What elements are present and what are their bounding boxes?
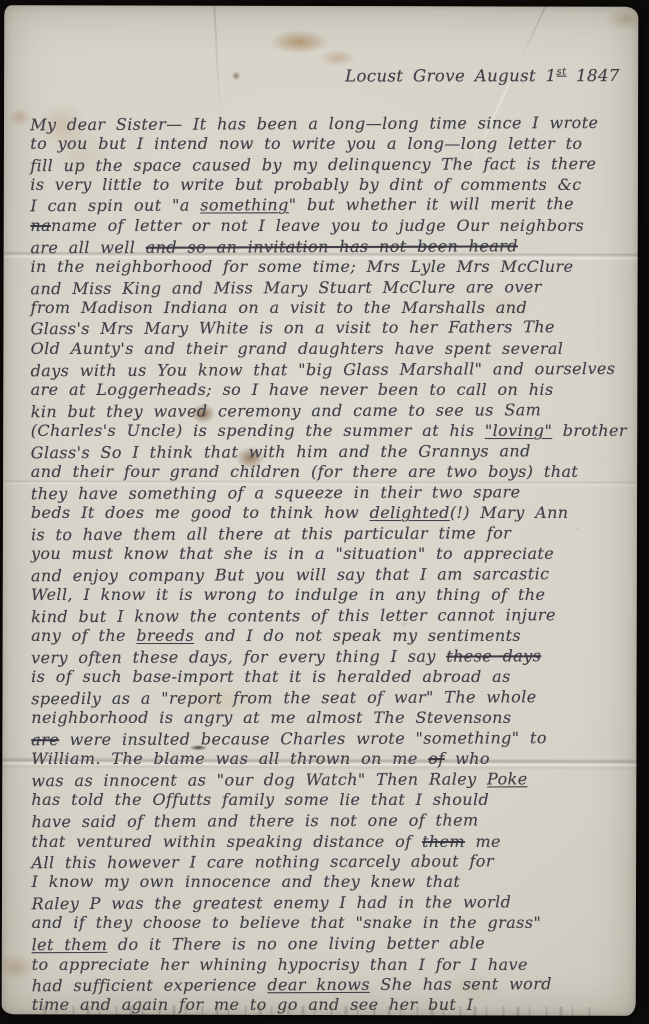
letter-paper: Locust Grove August 1st 1847 My dear Sis… xyxy=(2,5,639,1016)
text-segment: them xyxy=(422,832,465,851)
letter-line: I can spin out "a something" but whether… xyxy=(30,194,634,217)
letter-line: and Miss King and Miss Mary Stuart McClu… xyxy=(30,277,634,300)
text-segment: kin but they waved ceremony and came to … xyxy=(31,400,542,421)
letter-line: Raley P was the greatest enemy I had in … xyxy=(32,892,636,915)
text-segment: and enjoy company But you will say that … xyxy=(31,564,550,585)
dateline: Locust Grove August 1st 1847 xyxy=(345,62,634,88)
text-segment: who xyxy=(445,749,490,768)
text-segment: dear knows xyxy=(267,975,370,994)
text-segment: Poke xyxy=(487,769,528,788)
text-segment: are all well xyxy=(30,237,145,256)
letter-line: kin but they waved ceremony and came to … xyxy=(31,400,635,423)
text-segment: any of the xyxy=(31,626,136,645)
letter-line: has told the Offutts family some lie tha… xyxy=(31,790,635,810)
text-segment: fill up the space caused by my delinquen… xyxy=(30,154,596,175)
text-segment: brother xyxy=(552,421,627,440)
text-segment: of xyxy=(428,749,444,768)
letter-line: kind but I know the contents of this let… xyxy=(31,605,635,628)
letter-line: from Madison Indiana on a visit to the M… xyxy=(31,298,635,318)
text-segment: is of such base-import that it is herald… xyxy=(31,667,511,686)
text-segment: and Miss King and Miss Mary Stuart McClu… xyxy=(30,277,541,298)
text-segment: to appreciate her whining hypocrisy than… xyxy=(32,955,528,974)
text-segment: "loving" xyxy=(485,421,552,440)
letter-line: (Charles's Uncle) is spending the summer… xyxy=(31,421,635,441)
letter-line: time and again for me to go and see her … xyxy=(32,995,636,1015)
letter-line: days with us You know that "big Glass Ma… xyxy=(31,358,635,381)
text-segment: something xyxy=(200,196,289,215)
text-segment: Old Aunty's and their grand daughters ha… xyxy=(31,339,564,358)
text-segment: have said of them and there is not one o… xyxy=(31,810,478,831)
letter-line: William. The blame was all thrown on me … xyxy=(31,749,635,769)
letter-line: fill up the space caused by my delinquen… xyxy=(30,154,634,177)
letter-line: you must know that she is in a "situatio… xyxy=(31,544,635,564)
letter-line: are were insulted because Charles wrote … xyxy=(31,728,635,751)
text-segment: (!) Mary Ann xyxy=(450,503,569,522)
text-segment: had sufficient experience xyxy=(32,975,268,995)
text-segment: that ventured within speaking distance o… xyxy=(31,832,422,851)
text-segment: are at Loggerheads; so I have never been… xyxy=(31,380,554,399)
text-segment: speedily as a "report from the seat of w… xyxy=(31,687,536,708)
text-segment: you must know that she is in a "situatio… xyxy=(31,544,554,563)
text-segment: She has sent word xyxy=(370,974,552,994)
text-segment: I know my own innocence and they knew th… xyxy=(32,872,461,891)
letter-line: Glass's Mrs Mary White is on a visit to … xyxy=(31,317,635,340)
text-segment: Raley P was the greatest enemy I had in … xyxy=(32,892,512,913)
letter-line: Old Aunty's and their grand daughters ha… xyxy=(31,339,635,359)
letter-line: neighborhood is angry at me almost The S… xyxy=(31,709,635,729)
text-segment: is very little to write but probably by … xyxy=(30,175,581,194)
text-segment: in the neighborhood for some time; Mrs L… xyxy=(30,257,573,276)
letter-line: and if they choose to believe that "snak… xyxy=(32,913,636,933)
text-segment: 1847 xyxy=(566,66,619,85)
letter-line: Well, I know it is wrong to indulge in a… xyxy=(31,585,635,605)
letter-line: in the neighborhood for some time; Mrs L… xyxy=(30,257,634,277)
text-segment: do it There is no one living better able xyxy=(107,933,485,953)
text-segment: beds It does me good to think how xyxy=(31,503,370,522)
letter-line: beds It does me good to think how deligh… xyxy=(31,503,635,523)
text-segment: delighted xyxy=(370,503,450,522)
letter-line: had sufficient experience dear knows She… xyxy=(32,974,636,997)
letter-line: was as innocent as "our dog Watch" Then … xyxy=(31,769,635,792)
letter-line: have said of them and there is not one o… xyxy=(31,810,635,833)
letter-line: naname of letter or not I leave you to j… xyxy=(30,216,634,236)
letter-line: very often these days, for every thing I… xyxy=(31,646,635,669)
text-segment: they have something of a squeeze in thei… xyxy=(31,482,521,503)
text-segment: na xyxy=(30,216,51,235)
text-segment: these days xyxy=(446,646,541,665)
text-segment: I can spin out "a xyxy=(30,196,200,216)
text-segment: William. The blame was all thrown on me xyxy=(31,749,428,768)
letter-line: any of the breeds and I do not speak my … xyxy=(31,626,635,646)
text-segment: time and again for me to go and see her … xyxy=(32,995,474,1014)
letter-line: are at Loggerheads; so I have never been… xyxy=(31,380,635,400)
text-segment: " but whether it will merit the xyxy=(289,194,574,214)
text-segment: kind but I know the contents of this let… xyxy=(31,605,556,626)
text-segment: st xyxy=(557,67,567,78)
text-segment: were insulted because Charles wrote "som… xyxy=(59,728,547,749)
letter-line: to you but I intend now to write you a l… xyxy=(30,134,634,154)
letter-line: I know my own innocence and they knew th… xyxy=(32,872,636,892)
text-segment: very often these days, for every thing I… xyxy=(31,647,446,668)
letter-line: All this however I care nothing scarcely… xyxy=(31,851,635,874)
text-segment: me xyxy=(465,832,501,851)
text-segment: breeds xyxy=(136,626,194,645)
letter-line: that ventured within speaking distance o… xyxy=(31,832,635,852)
text-segment: is to have them all there at this partic… xyxy=(31,523,511,544)
text-segment: has told the Offutts family some lie tha… xyxy=(31,790,489,809)
text-segment: to you but I intend now to write you a l… xyxy=(30,134,582,153)
letter-line: Glass's So I think that with him and the… xyxy=(31,440,635,463)
letter-line: let them do it There is no one living be… xyxy=(32,933,636,956)
text-segment: My dear Sister— It has been a long—long … xyxy=(30,113,598,134)
letter-line: and their four grand children (for there… xyxy=(31,462,635,482)
text-segment: let them xyxy=(32,935,108,954)
letter-line: is very little to write but probably by … xyxy=(30,175,634,195)
letter-text: Locust Grove August 1st 1847 My dear Sis… xyxy=(30,62,636,1016)
text-segment: (Charles's Uncle) is spending the summer… xyxy=(31,421,485,440)
letter-line: are all well and so an invitation has no… xyxy=(30,235,634,258)
text-segment: from Madison Indiana on a visit to the M… xyxy=(31,298,528,317)
letter-line: and enjoy company But you will say that … xyxy=(31,563,635,586)
text-segment: name of letter or not I leave you to jud… xyxy=(51,216,584,235)
text-segment: was as innocent as "our dog Watch" Then … xyxy=(31,769,487,790)
text-segment: Glass's So I think that with him and the… xyxy=(31,441,531,462)
letter-line: they have something of a squeeze in thei… xyxy=(31,482,635,505)
letter-line: is to have them all there at this partic… xyxy=(31,523,635,546)
text-segment: and if they choose to believe that "snak… xyxy=(32,913,542,932)
letter-body: My dear Sister— It has been a long—long … xyxy=(30,113,636,1016)
letter-line: to appreciate her whining hypocrisy than… xyxy=(32,955,636,975)
text-segment: and their four grand children (for there… xyxy=(31,462,578,481)
text-segment: neighborhood is angry at me almost The S… xyxy=(31,709,511,728)
letter-line: My dear Sister— It has been a long—long … xyxy=(30,112,634,135)
text-segment: All this however I care nothing scarcely… xyxy=(31,851,493,872)
letter-line: speedily as a "report from the seat of w… xyxy=(31,686,635,709)
letter-line: is of such base-import that it is herald… xyxy=(31,667,635,687)
text-segment: Locust Grove August 1 xyxy=(345,66,556,85)
text-segment: Glass's Mrs Mary White is on a visit to … xyxy=(31,318,555,339)
text-segment: Well, I know it is wrong to indulge in a… xyxy=(31,585,545,604)
text-segment: days with us You know that "big Glass Ma… xyxy=(31,359,616,380)
text-segment: and I do not speak my sentiments xyxy=(194,626,521,645)
text-segment: are xyxy=(31,730,59,749)
text-segment: and so an invitation has not been heard xyxy=(146,236,518,256)
